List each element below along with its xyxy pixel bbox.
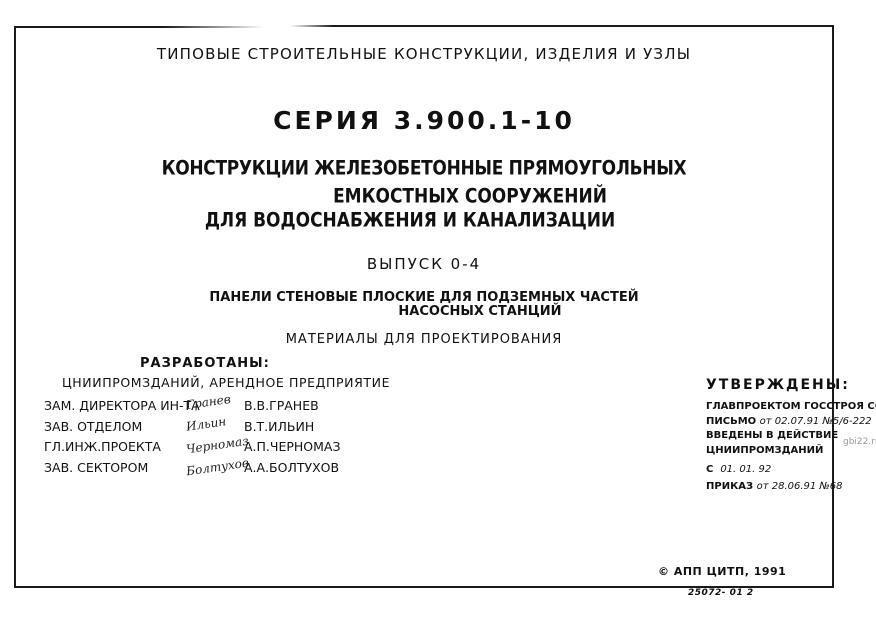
approved-letter: ПИСЬМО от 02.07.91 №5/6-222 bbox=[706, 417, 872, 427]
person-role: ЗАВ. СЕКТОРОМ bbox=[44, 462, 148, 475]
main-title-line-1: КОНСТРУКЦИИ ЖЕЛЕЗОБЕТОННЫЕ ПРЯМОУГОЛЬНЫХ bbox=[14, 160, 834, 180]
signature: Болтухов bbox=[185, 457, 249, 478]
effective-date-value: 01. 01. 92 bbox=[720, 464, 771, 475]
signature: Ильин bbox=[185, 415, 227, 432]
collection-title: ТИПОВЫЕ СТРОИТЕЛЬНЫЕ КОНСТРУКЦИИ, ИЗДЕЛИ… bbox=[14, 47, 834, 62]
person-name: В.В.ГРАНЕВ bbox=[244, 400, 319, 413]
main-title-line-3: ДЛЯ ВОДОСНАБЖЕНИЯ И КАНАЛИЗАЦИИ bbox=[0, 212, 820, 232]
materials-label: МАТЕРИАЛЫ ДЛЯ ПРОЕКТИРОВАНИЯ bbox=[14, 333, 834, 346]
approved-heading: УТВЕРЖДЕНЫ: bbox=[706, 378, 850, 392]
order-prefix: ПРИКАЗ bbox=[706, 481, 753, 492]
introduced-organization: ЦНИИПРОМЗДАНИЙ bbox=[706, 446, 823, 456]
order-value: от 28.06.91 №68 bbox=[757, 481, 843, 492]
issue-subtitle-line-2: НАСОСНЫХ СТАНЦИЙ bbox=[70, 305, 876, 318]
document-number: 25072- 01 2 bbox=[688, 589, 754, 598]
issue-label: ВЫПУСК 0-4 bbox=[14, 257, 834, 272]
person-role: ЗАМ. ДИРЕКТОРА ИН-ТА bbox=[44, 400, 200, 413]
person-role: ГЛ.ИНЖ.ПРОЕКТА bbox=[44, 441, 161, 454]
introduced-label: ВВЕДЕНЫ В ДЕЙСТВИЕ bbox=[706, 431, 838, 441]
developed-heading: РАЗРАБОТАНЫ: bbox=[140, 357, 270, 370]
person-role: ЗАВ. ОТДЕЛОМ bbox=[44, 421, 142, 434]
signature: Гранев bbox=[185, 393, 231, 411]
effective-date: С 01. 01. 92 bbox=[706, 465, 771, 475]
approved-letter-prefix: ПИСЬМО bbox=[706, 416, 756, 427]
effective-date-prefix: С bbox=[706, 464, 713, 475]
person-name: В.Т.ИЛЬИН bbox=[244, 421, 314, 434]
developer-organization: ЦНИИПРОМЗДАНИЙ, АРЕНДНОЕ ПРЕДПРИЯТИЕ bbox=[62, 377, 390, 390]
series-number: СЕРИЯ 3.900.1-10 bbox=[14, 108, 834, 133]
main-title-line-2: ЕМКОСТНЫХ СООРУЖЕНИЙ bbox=[60, 188, 876, 208]
copyright-notice: © АПП ЦИТП, 1991 bbox=[658, 566, 786, 577]
frame-top-line-left bbox=[14, 26, 264, 28]
order-reference: ПРИКАЗ от 28.06.91 №68 bbox=[706, 482, 843, 492]
approved-authority: ГЛАВПРОЕКТОМ ГОССТРОЯ СССР bbox=[706, 402, 876, 412]
frame-top-line-right bbox=[290, 25, 834, 27]
person-name: А.П.ЧЕРНОМАЗ bbox=[244, 441, 341, 454]
issue-subtitle-line-1: ПАНЕЛИ СТЕНОВЫЕ ПЛОСКИЕ ДЛЯ ПОДЗЕМНЫХ ЧА… bbox=[14, 291, 834, 304]
signature: Черномаз bbox=[185, 435, 249, 456]
watermark: gbi22.ru bbox=[843, 438, 876, 447]
person-name: А.А.БОЛТУХОВ bbox=[244, 462, 339, 475]
approved-letter-value: от 02.07.91 №5/6-222 bbox=[760, 416, 872, 427]
